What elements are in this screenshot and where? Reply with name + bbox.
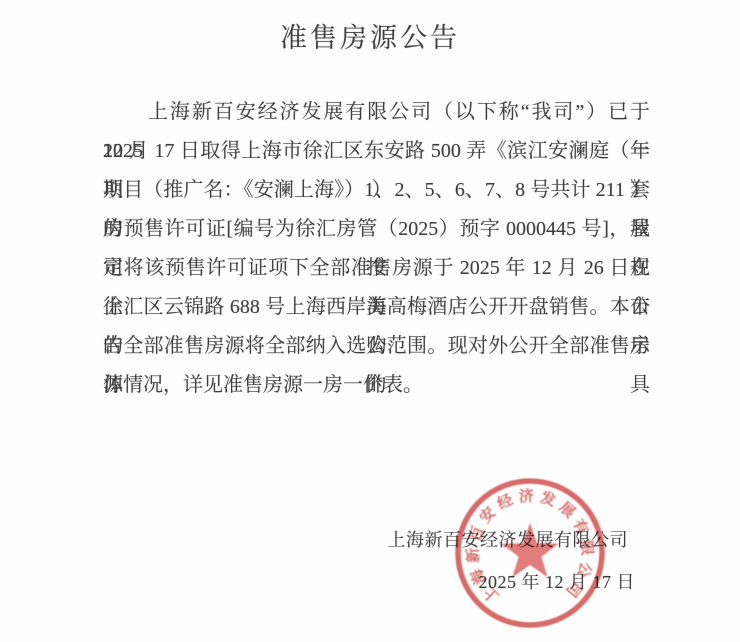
body-line: 12 月 17 日取得上海市徐汇区东安路 500 弄《滨江安澜庭（一期）》 xyxy=(103,132,650,171)
page-title: 准售房源公告 xyxy=(0,16,740,55)
body-line: 徐汇区云锦路 688 号上海西岸美高梅酒店公开开盘销售。本公告公示 xyxy=(103,288,650,327)
announcement-document: 准售房源公告 上海新百安经济发展有限公司（以下称“我司”）已于 2025 年 1… xyxy=(0,0,740,642)
body-line: 定将该预售许可证项下全部准售房源于 2025 年 12 月 26 日在上海市 xyxy=(103,249,650,288)
body-line: 上海新百安经济发展有限公司（以下称“我司”）已于 2025 年 xyxy=(103,93,650,132)
company-seal-graphic: 上海新百安经济发展有限公司 xyxy=(452,475,608,631)
body-paragraph: 上海新百安经济发展有限公司（以下称“我司”）已于 2025 年 12 月 17 … xyxy=(103,93,650,405)
company-seal: 上海新百安经济发展有限公司 xyxy=(452,475,608,631)
signature-date: 2025 年 12 月 17 日 xyxy=(479,568,636,594)
body-line: 的全部准售房源将全部纳入选购范围。现对外公开全部准售房源的具 xyxy=(103,327,650,366)
body-line: 项目（推广名：《安澜上海》）1、2、5、6、7、8 号共计 211 套房屋 xyxy=(103,171,650,210)
body-line: 的预售许可证[编号为徐汇房管（2025）预字 0000445 号]，我司按规 xyxy=(103,210,650,249)
signature-company: 上海新百安经济发展有限公司 xyxy=(388,526,629,552)
seal-ring xyxy=(458,481,602,625)
